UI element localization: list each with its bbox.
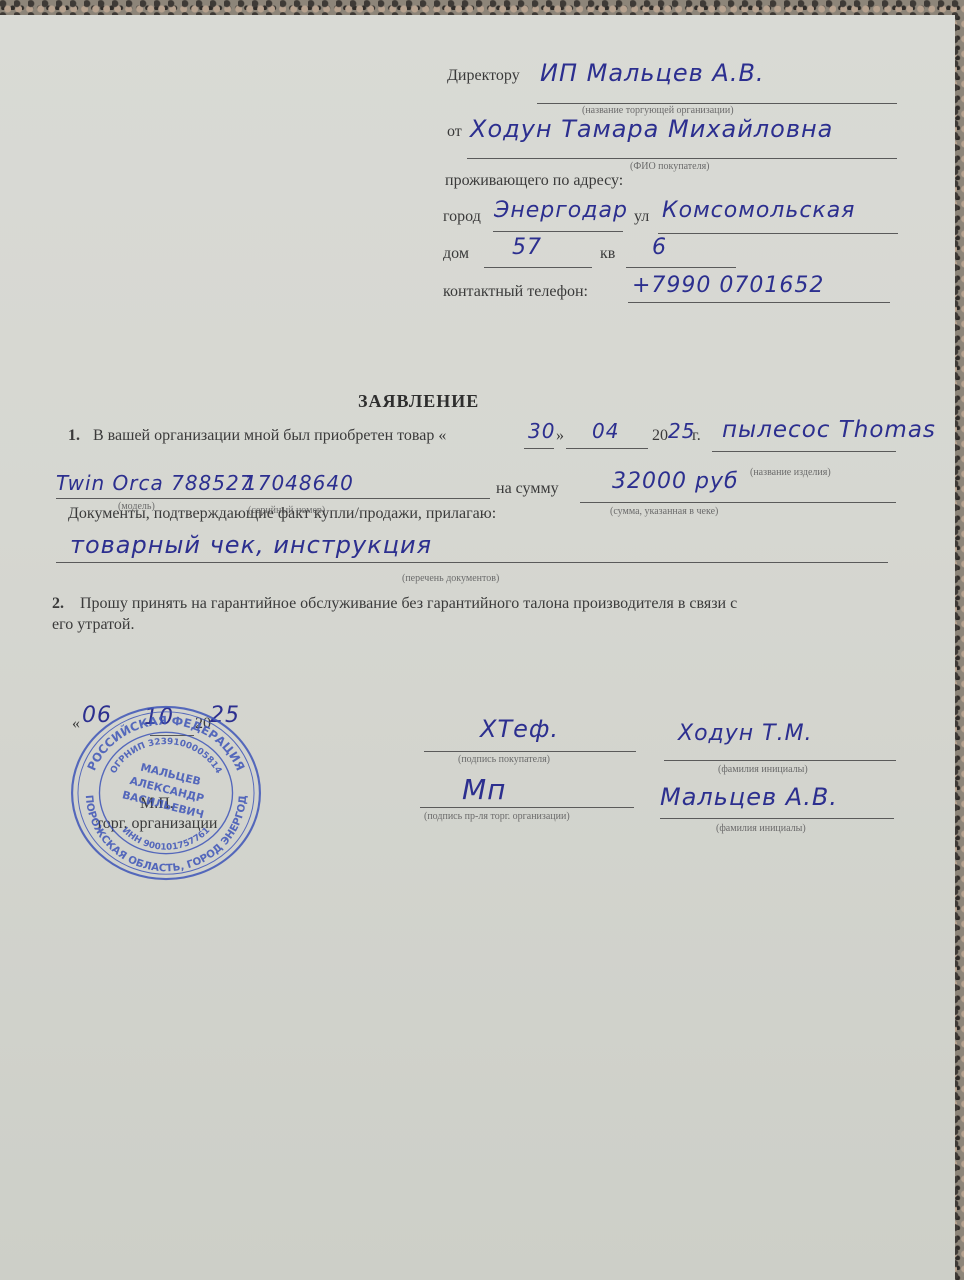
docs-value: товарный чек, инструкция	[70, 531, 432, 559]
director-label: Директору	[447, 67, 520, 85]
docs-label: Документы, подтверждающие факт купли/про…	[68, 505, 496, 523]
house-value: 57	[512, 235, 542, 260]
director-value: ИП Мальцев А.В.	[540, 59, 765, 87]
sum-value: 32000 руб	[612, 469, 739, 494]
seller-sign-line	[420, 807, 634, 808]
city-label: город	[443, 208, 481, 226]
year-suffix: г.	[692, 427, 701, 445]
seller-sign-caption: (подпись пр-ля торг. организации)	[424, 811, 570, 822]
section2-text-line2: его утратой.	[52, 616, 134, 634]
product-caption: (название изделия)	[750, 467, 831, 478]
buyer-name-caption: (фамилия инициалы)	[718, 764, 808, 775]
buyer-signature: ХТеф.	[480, 715, 559, 743]
street-value: Комсомольская	[662, 198, 855, 223]
street-line	[658, 233, 898, 234]
buyer-name: Ходун Т.М.	[678, 721, 813, 746]
from-line	[467, 158, 897, 159]
phone-label: контактный телефон:	[443, 283, 588, 301]
svg-text:ИНН 900101757761: ИНН 900101757761	[120, 826, 212, 853]
from-caption: (ФИО покупателя)	[630, 161, 710, 172]
seller-signature: Мп	[462, 773, 506, 806]
sum-line	[580, 502, 896, 503]
apt-label: кв	[600, 245, 615, 263]
phone-line	[628, 302, 890, 303]
quote-close: »	[556, 427, 564, 445]
purchase-month: 04	[592, 419, 619, 443]
purchase-day: 30	[528, 419, 555, 443]
house-label: дом	[443, 245, 469, 263]
section2-text-line1: Прошу принять на гарантийное обслуживани…	[80, 595, 737, 613]
phone-value: +7990 0701652	[632, 273, 824, 298]
seller-name-caption: (фамилия инициалы)	[716, 823, 806, 834]
buyer-name-line	[664, 760, 896, 761]
from-label: от	[447, 123, 462, 141]
seller-name: Мальцев А.В.	[660, 783, 838, 811]
day-line	[524, 448, 554, 449]
docs-caption: (перечень документов)	[402, 573, 499, 584]
buyer-sign-caption: (подпись покупателя)	[458, 754, 550, 765]
street-label: ул	[634, 208, 649, 226]
apt-line	[626, 267, 736, 268]
address-label: проживающего по адресу:	[445, 172, 623, 190]
house-line	[484, 267, 592, 268]
from-value: Ходун Тамара Михайловна	[470, 115, 833, 143]
section1-number: 1.	[68, 427, 80, 445]
docs-line	[56, 562, 888, 563]
document-title: ЗАЯВЛЕНИЕ	[358, 391, 479, 412]
serial-value: 17048640	[244, 471, 354, 495]
apt-value: 6	[652, 235, 667, 260]
city-value: Энергодар	[494, 198, 628, 223]
section2-number: 2.	[52, 595, 64, 613]
model-serial-line	[56, 498, 490, 499]
city-line	[493, 231, 623, 232]
sum-caption: (сумма, указанная в чеке)	[610, 506, 718, 517]
director-line	[537, 103, 897, 104]
seal-stamp: РОССИЙСКАЯ ФЕДЕРАЦИЯ ЗАПОРОЖСКАЯ ОБЛАСТЬ…	[68, 703, 264, 883]
product-value: пылесос Thomas	[722, 417, 936, 443]
buyer-sign-line	[424, 751, 636, 752]
document-page: Директору ИП Мальцев А.В. (название торг…	[0, 15, 955, 1280]
year-prefix: 20	[652, 427, 668, 445]
sum-label: на сумму	[496, 480, 559, 498]
model-value: Twin Orca 788527	[56, 471, 253, 495]
product-line	[712, 451, 896, 452]
seller-name-line	[660, 818, 894, 819]
section1-text: В вашей организации мной был приобретен …	[93, 427, 446, 445]
month-line	[566, 448, 648, 449]
